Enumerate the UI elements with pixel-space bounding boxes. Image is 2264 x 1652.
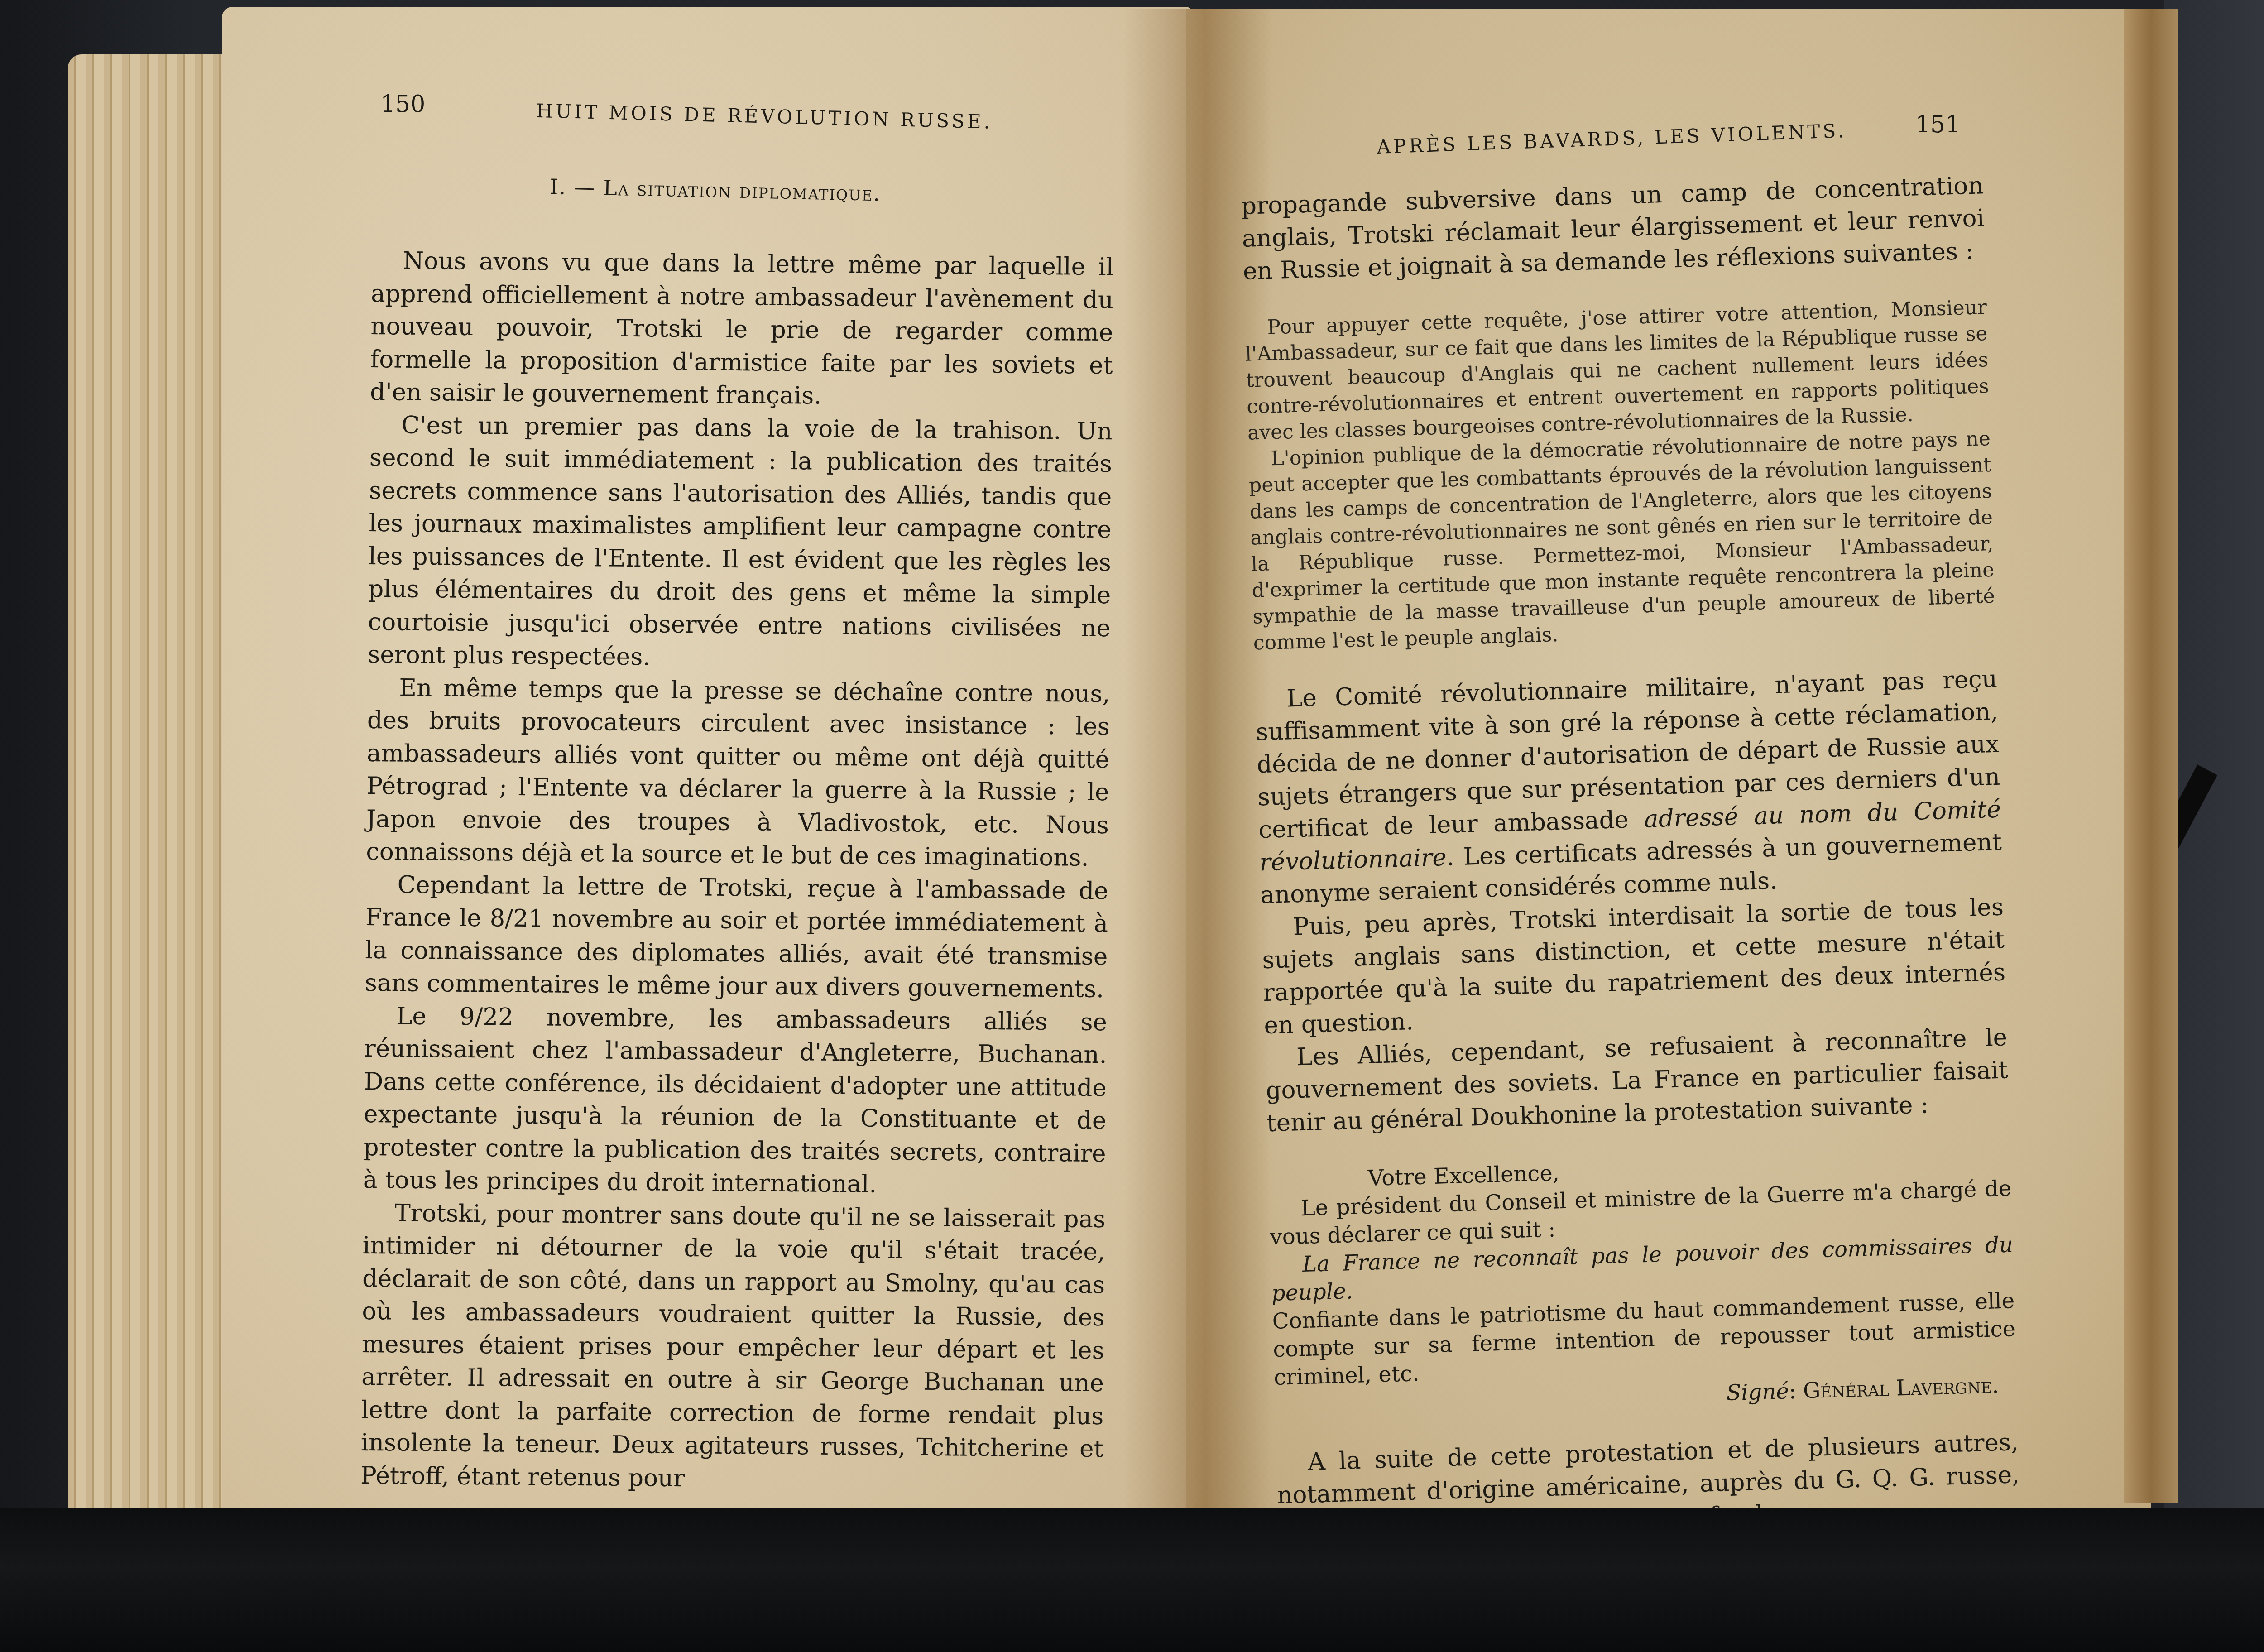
display-case-base [0, 1508, 2264, 1652]
blockquote-trotski: Pour appuyer cette requête, j'ose attire… [1244, 294, 1996, 656]
right-page-body: propagande subversive dans un camp de co… [1241, 169, 2021, 1545]
paragraph: Les Alliés, cependant, se refusaient à r… [1265, 1021, 2010, 1140]
quote-paragraph: L'opinion publique de la démocratie révo… [1248, 426, 1996, 657]
paragraph: Cependant la lettre de Trotski, reçue à … [365, 868, 1108, 1006]
left-page-body: Nous avons vu que dans la lettre même pa… [360, 245, 1114, 1498]
paragraph-comite: Le Comité révolutionnaire militaire, n'a… [1254, 663, 2003, 912]
paragraph: propagande subversive dans un camp de co… [1241, 169, 1986, 288]
folio-right: 151 [1915, 111, 1960, 138]
display-case-side [2164, 0, 2264, 1513]
paragraph: En même temps que la presse se déchaîne … [366, 671, 1110, 874]
page-right-edge [2124, 9, 2178, 1503]
signature-label: Signé [1726, 1378, 1789, 1406]
folio-left: 150 [380, 91, 425, 118]
paragraph: Puis, peu après, Trotski interdisait la … [1261, 891, 2007, 1042]
paragraph: Nous avons vu que dans la lettre même pa… [370, 245, 1114, 415]
paragraph: C'est un premier pas dans la voie de la … [368, 408, 1113, 677]
signature-name: : Général Lavergne. [1789, 1373, 1999, 1404]
paragraph: Trotski, pour montrer sans doute qu'il n… [360, 1196, 1106, 1498]
quote-paragraph: Pour appuyer cette requête, j'ose attire… [1244, 294, 1990, 447]
letter-protest: Votre Excellence, Le président du Consei… [1268, 1146, 2017, 1420]
paragraph: Le 9/22 novembre, les ambassadeurs allié… [363, 999, 1108, 1203]
